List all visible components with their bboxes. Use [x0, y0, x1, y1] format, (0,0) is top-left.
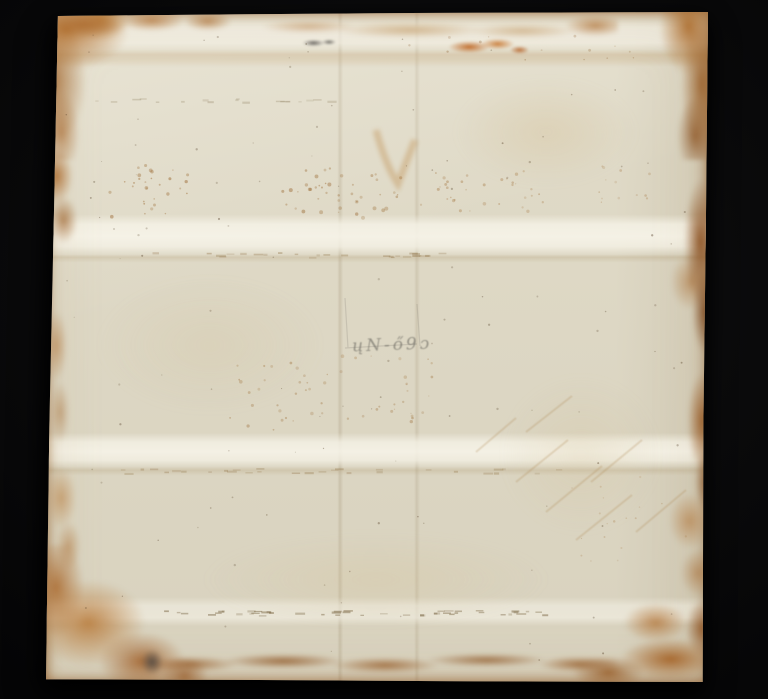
dash-mark	[208, 614, 216, 616]
speckle	[530, 188, 532, 190]
speckle	[420, 204, 422, 206]
speckle	[521, 206, 523, 208]
dash-mark	[391, 257, 395, 258]
speckle	[239, 380, 243, 384]
speckle	[661, 503, 662, 504]
dash-mark	[95, 100, 98, 101]
speckle	[583, 59, 584, 60]
speckle	[401, 71, 402, 72]
speckle	[321, 187, 323, 189]
dash-mark	[526, 611, 529, 613]
speckle	[400, 616, 402, 618]
dash-mark	[334, 611, 342, 613]
speckle	[273, 429, 275, 431]
speckle	[137, 118, 139, 120]
speckle	[341, 602, 342, 603]
speckle	[482, 296, 483, 297]
dash-mark	[483, 473, 493, 475]
speckle	[370, 355, 371, 356]
speckle	[253, 142, 254, 143]
dash-mark	[306, 100, 313, 102]
dash-mark	[285, 101, 290, 103]
dash-mark	[535, 473, 540, 475]
speckle	[118, 383, 120, 385]
speckle	[542, 201, 544, 203]
speckle	[488, 324, 490, 326]
dash-mark	[479, 612, 485, 613]
speckle	[149, 169, 153, 173]
dash-mark	[444, 610, 453, 612]
speckle	[406, 390, 408, 392]
speckle	[465, 189, 467, 191]
dash-mark	[164, 610, 169, 612]
dash-mark	[269, 612, 274, 614]
speckle	[642, 90, 644, 92]
dash-mark	[263, 254, 267, 256]
speckle	[263, 365, 265, 367]
dash-mark	[514, 611, 519, 613]
dash-mark	[150, 469, 158, 471]
dash-mark	[455, 611, 462, 613]
dash-mark	[439, 253, 447, 255]
speckle	[246, 424, 249, 427]
speckle	[531, 195, 533, 197]
speckle	[232, 496, 234, 498]
dash-mark	[377, 471, 383, 473]
speckle	[290, 362, 293, 365]
dash-mark	[443, 612, 451, 614]
dash-mark	[295, 254, 299, 256]
speckle	[302, 210, 306, 214]
photo-backdrop: ųN-ő9ɔ	[0, 0, 768, 699]
speckle	[644, 194, 647, 197]
dash-mark	[224, 470, 228, 472]
speckle	[281, 388, 282, 389]
speckle	[602, 525, 604, 527]
dash-mark	[177, 612, 181, 613]
speckle	[421, 411, 424, 414]
speckle	[629, 51, 631, 53]
speckle	[618, 197, 621, 200]
speckle	[398, 357, 401, 360]
speckle	[417, 516, 419, 518]
dash-mark	[403, 256, 411, 258]
speckle	[234, 564, 236, 566]
dash-mark	[383, 255, 390, 257]
dash-mark	[542, 614, 548, 616]
speckle	[375, 173, 377, 175]
speckle	[597, 462, 599, 464]
speckle	[676, 444, 678, 446]
speckle	[88, 51, 89, 52]
dash-mark	[347, 472, 352, 474]
speckle	[588, 49, 591, 52]
speckle	[323, 381, 326, 384]
speckle	[635, 517, 637, 519]
speckle	[119, 423, 121, 425]
speckle	[399, 176, 402, 179]
speckle	[138, 178, 140, 180]
speckle	[620, 547, 622, 549]
speckle	[210, 507, 212, 509]
speckle	[427, 358, 429, 360]
speckle	[285, 204, 287, 206]
dash-mark	[140, 98, 147, 99]
speckle	[289, 57, 290, 58]
speckle	[281, 190, 284, 193]
speckle	[327, 374, 328, 375]
speckle	[144, 164, 147, 167]
speckle	[502, 142, 504, 144]
speckle	[542, 136, 544, 138]
speckle	[378, 522, 380, 524]
dash-mark	[181, 101, 185, 103]
speckle	[633, 57, 634, 58]
dash-mark	[380, 613, 388, 614]
dash-mark	[360, 615, 364, 616]
speckle	[320, 402, 322, 404]
speckle	[681, 362, 683, 364]
speckle	[297, 191, 299, 193]
speckle	[451, 266, 453, 268]
handwritten-inscription: ųN-ő9ɔ	[352, 334, 433, 357]
speckle	[316, 126, 318, 128]
speckle	[446, 186, 449, 189]
speckle	[66, 280, 68, 282]
speckle	[614, 181, 617, 184]
speckle	[410, 413, 411, 414]
speckle	[228, 450, 229, 451]
speckle	[593, 617, 595, 619]
speckle	[524, 59, 526, 61]
speckle	[639, 476, 641, 478]
speckle	[159, 184, 161, 186]
speckle	[218, 218, 220, 220]
scratch-hatching	[476, 396, 686, 540]
speckle	[531, 410, 532, 411]
dash-mark	[203, 99, 209, 101]
speckle	[338, 186, 339, 187]
speckle	[132, 185, 134, 187]
speckle	[308, 388, 311, 391]
speckle	[317, 198, 319, 200]
speckle	[603, 497, 604, 498]
speckle	[315, 186, 317, 188]
speckle	[93, 181, 95, 183]
speckle	[625, 517, 627, 519]
dash-mark	[121, 469, 126, 470]
speckle	[461, 180, 464, 183]
speckle	[491, 49, 493, 51]
speckle	[601, 198, 603, 200]
speckle	[376, 408, 379, 411]
speckle	[546, 505, 547, 506]
speckle	[654, 351, 655, 352]
drip-stain	[376, 130, 415, 184]
speckle	[673, 367, 675, 369]
speckle	[536, 296, 538, 298]
dash-mark	[438, 611, 445, 612]
speckle	[165, 213, 166, 214]
speckle	[143, 201, 145, 203]
speckle	[186, 193, 188, 195]
dash-mark	[295, 613, 305, 615]
dash-mark	[181, 471, 187, 473]
speckle	[135, 144, 137, 146]
dash-mark	[508, 613, 512, 615]
speckle	[157, 540, 158, 541]
speckle	[571, 94, 572, 95]
speckle	[604, 536, 606, 538]
speckle	[203, 40, 204, 41]
speckle	[354, 357, 357, 360]
speckle	[340, 174, 343, 177]
dash-mark	[494, 472, 499, 474]
dash-mark	[172, 470, 181, 472]
speckle	[500, 178, 503, 181]
speckle	[581, 538, 582, 539]
speckle	[248, 391, 251, 394]
speckle	[685, 535, 687, 537]
speckle	[614, 89, 616, 91]
speckle	[289, 66, 291, 68]
dash-mark	[227, 471, 237, 473]
speckle	[524, 196, 527, 199]
speckle	[278, 409, 281, 412]
dash-mark	[218, 611, 224, 613]
speckle	[185, 180, 188, 183]
speckle	[371, 408, 372, 409]
speckle	[276, 404, 278, 406]
speckle	[602, 652, 604, 654]
speckle	[321, 412, 323, 414]
speckle	[598, 191, 600, 193]
speckle	[393, 403, 395, 405]
speckle	[238, 379, 240, 381]
dash-mark	[153, 252, 160, 254]
speckle	[671, 613, 673, 615]
speckle	[599, 512, 601, 514]
speckle	[351, 193, 354, 196]
speckle	[338, 212, 339, 213]
dash-mark	[141, 469, 145, 471]
speckle	[380, 396, 382, 398]
speckle	[285, 417, 287, 419]
dash-mark	[535, 612, 542, 613]
speckle	[378, 278, 380, 280]
speckle	[648, 173, 651, 176]
speckle	[356, 201, 358, 203]
speckle	[341, 354, 345, 358]
dash-mark	[242, 102, 250, 104]
speckle	[671, 243, 672, 244]
dash-mark	[278, 252, 282, 254]
dash-mark	[556, 469, 562, 470]
speckle	[338, 206, 342, 210]
speckle	[141, 255, 143, 257]
dash-mark	[259, 615, 267, 617]
dash-mark	[317, 254, 320, 256]
dash-mark	[419, 255, 429, 256]
speckle	[601, 202, 602, 203]
speckle	[362, 415, 365, 418]
speckle	[526, 210, 529, 213]
speckle	[602, 166, 605, 169]
speckle	[137, 173, 141, 177]
speckle	[446, 198, 448, 200]
speckle	[466, 174, 469, 177]
speckle	[352, 184, 354, 186]
speckle	[459, 209, 462, 212]
speckle	[153, 198, 155, 200]
dash-mark	[245, 472, 252, 473]
speckle	[236, 365, 238, 367]
speckle	[292, 420, 294, 422]
speckle	[298, 381, 301, 384]
dash-mark	[164, 472, 169, 474]
speckle	[511, 184, 513, 186]
speckle	[168, 177, 171, 180]
speckle	[186, 173, 189, 176]
speckle	[617, 560, 619, 562]
speckle	[93, 35, 94, 36]
dash-mark	[395, 255, 400, 257]
speckle	[151, 178, 153, 180]
speckle	[684, 211, 686, 213]
dash-mark	[343, 611, 351, 613]
speckle	[454, 199, 456, 201]
speckle	[431, 376, 434, 379]
dash-mark	[309, 257, 316, 259]
speckle	[305, 43, 307, 45]
dash-mark	[208, 471, 212, 473]
dash-mark	[257, 471, 261, 472]
dash-mark	[502, 468, 505, 470]
speckle	[428, 395, 429, 396]
speckle	[303, 374, 306, 377]
dash-mark	[236, 98, 240, 100]
speckle	[264, 379, 266, 381]
speckle	[402, 39, 404, 41]
speckle	[431, 169, 433, 171]
speckle	[108, 191, 111, 194]
speckle	[590, 560, 592, 562]
speckle	[360, 196, 363, 199]
speckle	[506, 177, 508, 179]
dash-mark	[249, 613, 254, 614]
speckle	[387, 360, 389, 362]
speckle	[145, 186, 149, 190]
speckle	[257, 388, 260, 391]
speckle	[91, 469, 93, 471]
speckle	[580, 555, 582, 557]
speckle	[281, 419, 284, 422]
dash-mark	[111, 101, 118, 103]
speckle	[133, 182, 135, 184]
speckle	[606, 523, 607, 524]
speckle	[523, 170, 525, 172]
speckle	[211, 388, 213, 390]
speckle	[448, 36, 451, 39]
speckle	[605, 179, 607, 181]
speckle	[578, 411, 579, 412]
dash-mark	[240, 253, 247, 255]
speckle	[443, 176, 446, 179]
speckle	[294, 207, 296, 209]
speckle	[397, 194, 399, 196]
speckle	[331, 651, 332, 652]
speckle	[319, 416, 320, 417]
dash-mark	[124, 473, 133, 475]
speckle	[431, 343, 433, 345]
speckle	[337, 194, 339, 196]
speckle	[395, 461, 396, 462]
speckle	[654, 304, 656, 306]
speckle	[315, 174, 319, 178]
speckle	[541, 49, 543, 51]
speckle	[66, 114, 67, 115]
speckle	[435, 172, 437, 174]
speckle	[349, 571, 350, 572]
dash-mark	[156, 102, 160, 103]
speckle	[496, 408, 498, 410]
speckle	[124, 181, 126, 183]
dash-mark	[305, 472, 314, 474]
speckle	[137, 234, 139, 236]
speckle	[619, 169, 622, 172]
speckle	[209, 310, 211, 312]
speckle	[613, 520, 616, 523]
speckle	[331, 105, 333, 107]
dash-mark	[208, 101, 214, 103]
speckle	[606, 57, 608, 59]
dash-mark	[256, 468, 264, 470]
dash-mark	[501, 614, 506, 616]
speckle	[538, 193, 540, 195]
speckle	[113, 228, 115, 230]
speckle	[479, 40, 482, 43]
speckle	[110, 215, 114, 219]
dash-mark	[227, 254, 235, 255]
dash-mark	[335, 614, 340, 616]
speckle	[511, 181, 514, 184]
speckle	[295, 452, 296, 453]
speckle	[621, 166, 623, 168]
speckle	[515, 183, 516, 184]
speckle	[405, 383, 408, 386]
speckle	[150, 207, 153, 210]
speckle	[402, 401, 404, 403]
speckle	[289, 188, 293, 192]
speckle	[538, 659, 540, 661]
speckle	[636, 194, 638, 196]
speckle	[101, 161, 102, 162]
speckle	[308, 188, 311, 191]
speckle	[373, 206, 377, 210]
speckle	[515, 173, 518, 176]
dash-mark	[516, 613, 526, 615]
speckle	[596, 330, 598, 332]
speckle	[446, 160, 448, 162]
speckle	[450, 197, 452, 199]
speckle	[488, 36, 489, 37]
speckle	[166, 192, 169, 195]
speckle	[531, 570, 532, 571]
dash-mark	[216, 255, 226, 257]
speckle	[146, 227, 148, 229]
speckle	[423, 523, 424, 524]
dash-mark	[215, 612, 222, 614]
